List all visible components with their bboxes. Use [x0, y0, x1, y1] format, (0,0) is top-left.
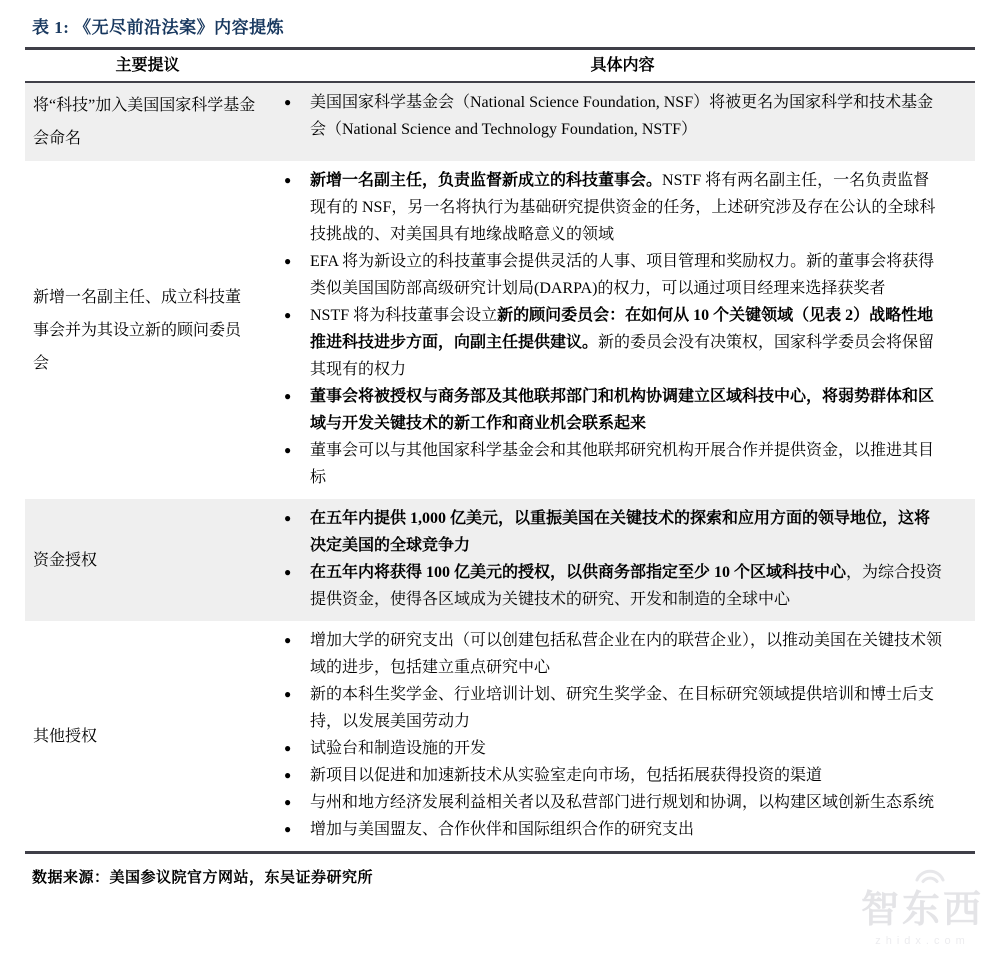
bullet-item: ● 试验台和制造设施的开发	[270, 735, 945, 762]
column-header-proposal: 主要提议	[25, 50, 270, 81]
bullet-item: ● 董事会将被授权与商务部及其他联邦部门和机构协调建立区域科技中心，将弱势群体和…	[270, 383, 945, 437]
proposal-table: 主要提议 具体内容 将“科技”加入美国国家科学基金会命名 ● 美国国家科学基金会…	[25, 47, 975, 854]
detail-cell: ● 新增一名副主任，负责监督新成立的科技董事会。NSTF 将有两名副主任，一名负…	[270, 161, 975, 499]
bullet-marker-icon: ●	[270, 89, 310, 143]
bullet-item: ● 在五年内提供 1,000 亿美元，以重振美国在关键技术的探索和应用方面的领导…	[270, 505, 945, 559]
bullet-text: 试验台和制造设施的开发	[310, 735, 945, 762]
bullet-marker-icon: ●	[270, 383, 310, 437]
proposal-cell-text: 将“科技”加入美国国家科学基金会命名	[33, 89, 256, 155]
bullet-text-segment: 试验台和制造设施的开发	[310, 740, 486, 757]
bullet-marker-icon: ●	[270, 302, 310, 383]
bullet-item: ● NSTF 将为科技董事会设立新的顾问委员会：在如何从 10 个关键领域（见表…	[270, 302, 945, 383]
bullet-marker-icon: ●	[270, 762, 310, 789]
bullet-text-segment: EFA 将为新设立的科技董事会提供灵活的人事、项目管理和奖励权力。新的董事会将获…	[310, 253, 934, 297]
proposal-cell: 将“科技”加入美国国家科学基金会命名	[25, 83, 270, 161]
bullet-text-segment: 新的本科生奖学金、行业培训计划、研究生奖学金、在目标研究领域提供培训和博士后支持…	[310, 686, 934, 730]
bullet-text: 新项目以促进和加速新技术从实验室走向市场，包括拓展获得投资的渠道	[310, 762, 945, 789]
bullet-marker-icon: ●	[270, 505, 310, 559]
bullet-text: 董事会可以与其他国家科学基金会和其他联邦研究机构开展合作并提供资金，以推进其目标	[310, 437, 945, 491]
bullet-item: ● 与州和地方经济发展利益相关者以及私营部门进行规划和协调，以构建区域创新生态系…	[270, 789, 945, 816]
bullet-text-segment: NSTF 将为科技董事会设立	[310, 307, 497, 324]
bullet-text: 在五年内提供 1,000 亿美元，以重振美国在关键技术的探索和应用方面的领导地位…	[310, 505, 945, 559]
bullet-text: EFA 将为新设立的科技董事会提供灵活的人事、项目管理和奖励权力。新的董事会将获…	[310, 248, 945, 302]
column-header-detail: 具体内容	[270, 50, 975, 81]
bullet-text-segment: 与州和地方经济发展利益相关者以及私营部门进行规划和协调，以构建区域创新生态系统	[310, 794, 934, 811]
table-row: 其他授权 ● 增加大学的研究支出（可以创建包括私营企业在内的联营企业），以推动美…	[25, 621, 975, 851]
bullet-item: ● 新的本科生奖学金、行业培训计划、研究生奖学金、在目标研究领域提供培训和博士后…	[270, 681, 945, 735]
bullet-marker-icon: ●	[270, 681, 310, 735]
bullet-item: ● 增加与美国盟友、合作伙伴和国际组织合作的研究支出	[270, 816, 945, 843]
proposal-cell-text: 资金授权	[33, 544, 97, 577]
proposal-cell-text: 其他授权	[33, 720, 97, 753]
proposal-cell: 资金授权	[25, 499, 270, 621]
bullet-text: 增加大学的研究支出（可以创建包括私营企业在内的联营企业），以推动美国在关键技术领…	[310, 627, 945, 681]
bullet-text-segment: 增加大学的研究支出（可以创建包括私营企业在内的联营企业），以推动美国在关键技术领…	[310, 632, 942, 676]
table-header-row: 主要提议 具体内容	[25, 50, 975, 83]
bullet-item: ● 增加大学的研究支出（可以创建包括私营企业在内的联营企业），以推动美国在关键技…	[270, 627, 945, 681]
bullet-marker-icon: ●	[270, 559, 310, 613]
bullet-text-bold-segment: 在五年内将获得 100 亿美元的授权，以供商务部指定至少 10 个区域科技中心	[310, 564, 846, 581]
bullet-text-bold-segment: 在五年内提供 1,000 亿美元，以重振美国在关键技术的探索和应用方面的领导地位…	[310, 510, 930, 554]
bullet-text: 新的本科生奖学金、行业培训计划、研究生奖学金、在目标研究领域提供培训和博士后支持…	[310, 681, 945, 735]
bullet-text: 美国国家科学基金会（National Science Foundation, N…	[310, 89, 945, 143]
bullet-marker-icon: ●	[270, 735, 310, 762]
bullet-marker-icon: ●	[270, 627, 310, 681]
bullet-item: ● 美国国家科学基金会（National Science Foundation,…	[270, 89, 945, 143]
table-content: 表 1: 《无尽前沿法案》内容提炼 主要提议 具体内容 将“科技”加入美国国家科…	[0, 0, 1000, 887]
proposal-cell: 其他授权	[25, 621, 270, 851]
detail-cell: ● 增加大学的研究支出（可以创建包括私营企业在内的联营企业），以推动美国在关键技…	[270, 621, 975, 851]
bullet-marker-icon: ●	[270, 789, 310, 816]
table-row: 将“科技”加入美国国家科学基金会命名 ● 美国国家科学基金会（National …	[25, 83, 975, 161]
bullet-item: ● 在五年内将获得 100 亿美元的授权，以供商务部指定至少 10 个区域科技中…	[270, 559, 945, 613]
watermark-domain-text: zhidx.com	[861, 935, 984, 947]
bullet-text: 在五年内将获得 100 亿美元的授权，以供商务部指定至少 10 个区域科技中心，…	[310, 559, 945, 613]
bullet-item: ● 新增一名副主任，负责监督新成立的科技董事会。NSTF 将有两名副主任，一名负…	[270, 167, 945, 248]
table-title: 表 1: 《无尽前沿法案》内容提炼	[25, 0, 975, 47]
bullet-marker-icon: ●	[270, 437, 310, 491]
bullet-text-segment: 新项目以促进和加速新技术从实验室走向市场，包括拓展获得投资的渠道	[310, 767, 822, 784]
table-row: 资金授权 ● 在五年内提供 1,000 亿美元，以重振美国在关键技术的探索和应用…	[25, 499, 975, 621]
bullet-item: ● 新项目以促进和加速新技术从实验室走向市场，包括拓展获得投资的渠道	[270, 762, 945, 789]
data-source-note: 数据来源：美国参议院官方网站，东吴证券研究所	[25, 854, 975, 887]
bullet-text: 与州和地方经济发展利益相关者以及私营部门进行规划和协调，以构建区域创新生态系统	[310, 789, 945, 816]
bullet-text-bold-segment: 新增一名副主任，负责监督新成立的科技董事会。	[310, 172, 662, 189]
table-body: 将“科技”加入美国国家科学基金会命名 ● 美国国家科学基金会（National …	[25, 83, 975, 851]
bullet-text: 新增一名副主任，负责监督新成立的科技董事会。NSTF 将有两名副主任，一名负责监…	[310, 167, 945, 248]
bullet-marker-icon: ●	[270, 816, 310, 843]
proposal-cell: 新增一名副主任、成立科技董事会并为其设立新的顾问委员会	[25, 161, 270, 499]
bullet-text: NSTF 将为科技董事会设立新的顾问委员会：在如何从 10 个关键领域（见表 2…	[310, 302, 945, 383]
bullet-text-segment: 美国国家科学基金会（National Science Foundation, N…	[310, 94, 933, 138]
bullet-list: ● 增加大学的研究支出（可以创建包括私营企业在内的联营企业），以推动美国在关键技…	[270, 627, 945, 843]
report-table-page: 智东西 zhidx.com 表 1: 《无尽前沿法案》内容提炼 主要提议 具体内…	[0, 0, 1000, 953]
detail-cell: ● 在五年内提供 1,000 亿美元，以重振美国在关键技术的探索和应用方面的领导…	[270, 499, 975, 621]
bullet-marker-icon: ●	[270, 167, 310, 248]
table-row: 新增一名副主任、成立科技董事会并为其设立新的顾问委员会 ● 新增一名副主任，负责…	[25, 161, 975, 499]
proposal-cell-text: 新增一名副主任、成立科技董事会并为其设立新的顾问委员会	[33, 281, 256, 380]
detail-cell: ● 美国国家科学基金会（National Science Foundation,…	[270, 83, 975, 161]
bullet-text-segment: 董事会可以与其他国家科学基金会和其他联邦研究机构开展合作并提供资金，以推进其目标	[310, 442, 934, 486]
bullet-list: ● 在五年内提供 1,000 亿美元，以重振美国在关键技术的探索和应用方面的领导…	[270, 505, 945, 613]
bullet-item: ● EFA 将为新设立的科技董事会提供灵活的人事、项目管理和奖励权力。新的董事会…	[270, 248, 945, 302]
bullet-item: ● 董事会可以与其他国家科学基金会和其他联邦研究机构开展合作并提供资金，以推进其…	[270, 437, 945, 491]
bullet-marker-icon: ●	[270, 248, 310, 302]
bullet-text-bold-segment: 董事会将被授权与商务部及其他联邦部门和机构协调建立区域科技中心，将弱势群体和区域…	[310, 388, 934, 432]
bullet-list: ● 美国国家科学基金会（National Science Foundation,…	[270, 89, 945, 143]
bullet-list: ● 新增一名副主任，负责监督新成立的科技董事会。NSTF 将有两名副主任，一名负…	[270, 167, 945, 491]
bullet-text-segment: 增加与美国盟友、合作伙伴和国际组织合作的研究支出	[310, 821, 694, 838]
bullet-text: 增加与美国盟友、合作伙伴和国际组织合作的研究支出	[310, 816, 945, 843]
bullet-text: 董事会将被授权与商务部及其他联邦部门和机构协调建立区域科技中心，将弱势群体和区域…	[310, 383, 945, 437]
